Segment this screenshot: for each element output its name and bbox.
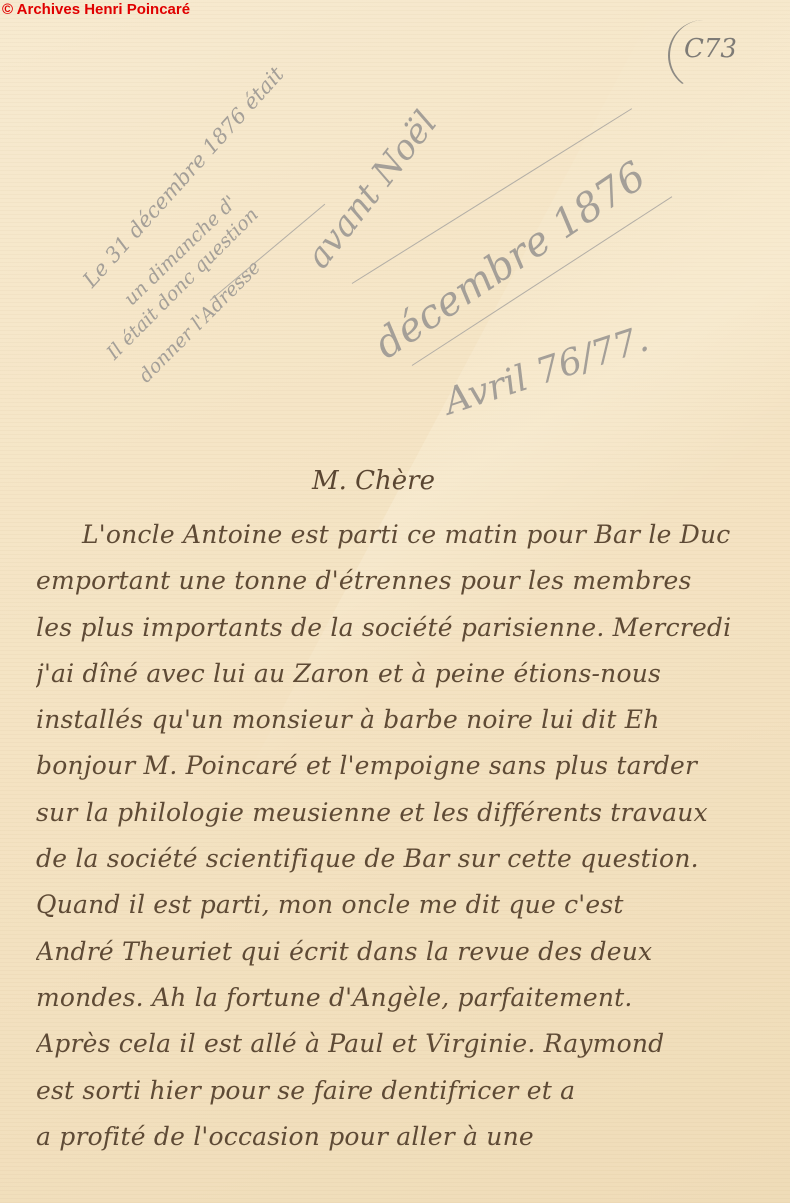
catalogue-number-mark: C73 (668, 20, 750, 91)
letter-line: de la société scientifique de Bar sur ce… (36, 836, 786, 882)
letter-line: bonjour M. Poincaré et l'empoigne sans p… (36, 743, 786, 789)
copyright-notice: © Archives Henri Poincaré (2, 1, 190, 18)
letter-line: Quand il est parti, mon oncle me dit que… (36, 882, 786, 928)
scan-margin (790, 0, 800, 1203)
letter-salutation: M. Chère (312, 466, 435, 496)
letter-line: mondes. Ah la fortune d'Angèle, parfaite… (36, 975, 786, 1021)
letter-line: Après cela il est allé à Paul et Virgini… (36, 1021, 786, 1067)
letter-line: L'oncle Antoine est parti ce matin pour … (36, 512, 786, 558)
letter-line: emportant une tonne d'étrennes pour les … (36, 558, 786, 604)
annotation-year-range: Avril 76/77. (439, 319, 653, 423)
letter-page: © Archives Henri Poincaré C73 Le 31 déce… (0, 0, 790, 1203)
letter-line: a profité de l'occasion pour aller à une (36, 1114, 786, 1160)
annotation-avant-noel: avant Noël (298, 104, 445, 276)
letter-line: André Theuriet qui écrit dans la revue d… (36, 929, 786, 975)
letter-body: L'oncle Antoine est parti ce matin pour … (36, 512, 786, 1160)
letter-line: j'ai dîné avec lui au Zaron et à peine é… (36, 651, 786, 697)
letter-line: sur la philologie meusienne et les diffé… (36, 790, 786, 836)
catalogue-number: C73 (684, 34, 737, 64)
letter-line: est sorti hier pour se faire dentifricer… (36, 1068, 786, 1114)
letter-line: installés qu'un monsieur à barbe noire l… (36, 697, 786, 743)
letter-line: les plus importants de la société parisi… (36, 605, 786, 651)
